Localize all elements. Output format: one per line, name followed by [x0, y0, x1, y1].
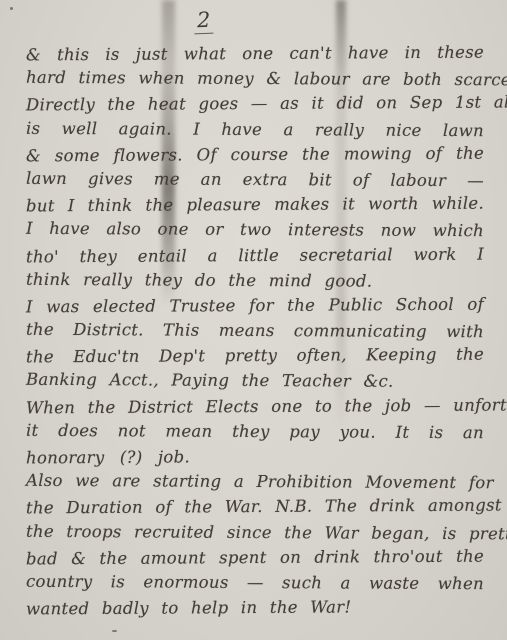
- handwritten-line: honorary (?) job.: [26, 443, 484, 471]
- handwritten-line: the District. This means communicating w…: [26, 317, 484, 345]
- handwritten-line: I have also one or two interests now whi…: [26, 216, 484, 244]
- ink-speck-bottom: [112, 630, 117, 632]
- handwritten-line: hard times when money & labour are both …: [26, 65, 484, 93]
- handwritten-line: Banking Acct., Paying the Teacher &c.: [26, 367, 484, 395]
- page-number: 2: [194, 8, 214, 35]
- handwritten-line: the troops recruited since the War began…: [26, 518, 484, 546]
- handwritten-line: When the District Elects one to the job …: [26, 392, 484, 420]
- handwritten-line: Also we are starting a Prohibition Movem…: [26, 468, 484, 496]
- handwritten-line: Directly the heat goes — as it did on Se…: [26, 90, 484, 118]
- handwritten-line: country is enormous — such a waste when: [26, 569, 484, 597]
- handwritten-line: & this is just what one can't have in th…: [26, 40, 484, 68]
- handwritten-line: tho' they entail a little secretarial wo…: [26, 241, 484, 269]
- handwritten-line: is well again. I have a really nice lawn: [26, 115, 484, 143]
- handwritten-line: it does not mean they pay you. It is an: [26, 418, 484, 446]
- handwritten-line: bad & the amount spent on drink thro'out…: [26, 543, 484, 571]
- scanned-letter-page: 2 & this is just what one can't have in …: [0, 0, 507, 640]
- handwritten-line: but I think the pleasure makes it worth …: [26, 191, 484, 219]
- handwritten-line: the Duration of the War. N.B. The drink …: [26, 493, 484, 521]
- letter-body: & this is just what one can't have in th…: [26, 41, 484, 620]
- handwritten-line: the Educ'tn Dep't pretty often, Keeping …: [26, 342, 484, 370]
- handwritten-line: think really they do the mind good.: [26, 266, 484, 294]
- handwritten-line: lawn gives me an extra bit of labour —: [26, 166, 484, 194]
- handwritten-line: & some flowers. Of course the mowing of …: [26, 140, 484, 168]
- handwritten-line: I was elected Trustee for the Public Sch…: [26, 291, 484, 319]
- handwritten-line: wanted badly to help in the War!: [26, 594, 484, 622]
- ink-speck-top: [10, 7, 13, 10]
